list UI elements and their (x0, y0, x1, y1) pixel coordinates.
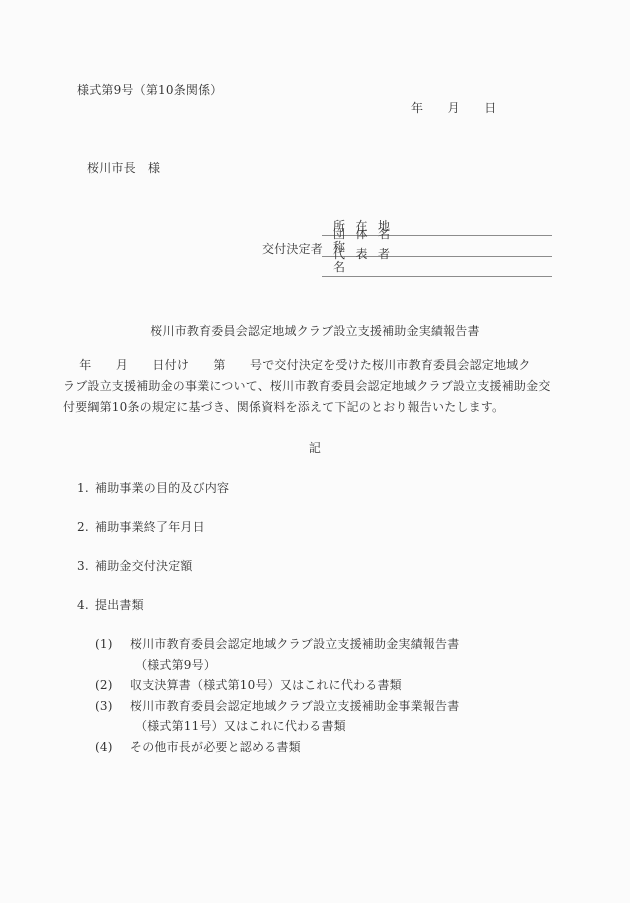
sub-item-4-line1: その他市長が必要と認める書類 (130, 737, 558, 758)
document-title: 桜川市教育委員会認定地域クラブ設立支援補助金実績報告書 (0, 324, 630, 338)
list-item-1-text: 補助事業の目的及び内容 (95, 478, 229, 499)
sub-item-1-number: (1) (95, 634, 130, 675)
field-label-representative-name: 代 表 者 名 (333, 248, 390, 274)
field-row-representative-name: 代 表 者 名 (322, 257, 552, 277)
body-paragraph: 年 月 日付け 第 号で交付決定を受けた桜川市教育委員会認定地域ク ラブ設立支援… (63, 355, 558, 418)
list-item-4: 4. 提出書類 (63, 595, 558, 616)
sub-item-3-line1: 桜川市教育委員会認定地域クラブ設立支援補助金事業報告書 (130, 696, 558, 717)
list-item-1: 1. 補助事業の目的及び内容 (63, 478, 558, 499)
sub-item-2-number: (2) (95, 675, 130, 696)
list-item-3-text: 補助金交付決定額 (95, 556, 193, 577)
sub-item-1: (1) 桜川市教育委員会認定地域クラブ設立支援補助金実績報告書 （様式第9号） (63, 634, 558, 675)
sub-item-4-number: (4) (95, 737, 130, 758)
addressee: 桜川市長 様 (87, 161, 160, 175)
body-line-1: 年 月 日付け 第 号で交付決定を受けた桜川市教育委員会認定地域ク (63, 355, 558, 376)
list-item-1-number: 1. (77, 478, 95, 499)
record-marker: 記 (0, 441, 630, 455)
sub-item-1-line1: 桜川市教育委員会認定地域クラブ設立支援補助金実績報告書 (130, 634, 558, 655)
numbered-list: 1. 補助事業の目的及び内容 2. 補助事業終了年月日 3. 補助金交付決定額 … (63, 478, 558, 757)
sub-item-2: (2) 収支決算書（様式第10号）又はこれに代わる書類 (63, 675, 558, 696)
form-number: 様式第9号（第10条関係） (77, 83, 223, 97)
document-page: 様式第9号（第10条関係） 年 月 日 桜川市長 様 交付決定者 所 在 地 団… (0, 0, 630, 903)
list-item-4-text: 提出書類 (95, 595, 144, 616)
list-item-2-number: 2. (77, 517, 95, 538)
date-line: 年 月 日 (411, 101, 496, 115)
list-item-2: 2. 補助事業終了年月日 (63, 517, 558, 538)
submitted-documents-sublist: (1) 桜川市教育委員会認定地域クラブ設立支援補助金実績報告書 （様式第9号） … (63, 634, 558, 757)
list-item-2-text: 補助事業終了年月日 (95, 517, 205, 538)
sub-item-3-line2: （様式第11号）又はこれに代わる書類 (130, 716, 558, 737)
list-item-4-number: 4. (77, 595, 95, 616)
sub-item-3-number: (3) (95, 696, 130, 737)
list-item-3-number: 3. (77, 556, 95, 577)
sub-item-3: (3) 桜川市教育委員会認定地域クラブ設立支援補助金事業報告書 （様式第11号）… (63, 696, 558, 737)
body-line-2: ラブ設立支援補助金の事業について、桜川市教育委員会認定地域クラブ設立支援補助金交 (63, 376, 558, 397)
sub-item-2-line1: 収支決算書（様式第10号）又はこれに代わる書類 (130, 675, 558, 696)
list-item-3: 3. 補助金交付決定額 (63, 556, 558, 577)
grantee-label: 交付決定者 (262, 242, 323, 256)
sub-item-1-line2: （様式第9号） (130, 655, 558, 676)
body-line-3: 付要綱第10条の規定に基づき、関係資料を添えて下記のとおり報告いたします。 (63, 397, 558, 418)
sub-item-4: (4) その他市長が必要と認める書類 (63, 737, 558, 758)
